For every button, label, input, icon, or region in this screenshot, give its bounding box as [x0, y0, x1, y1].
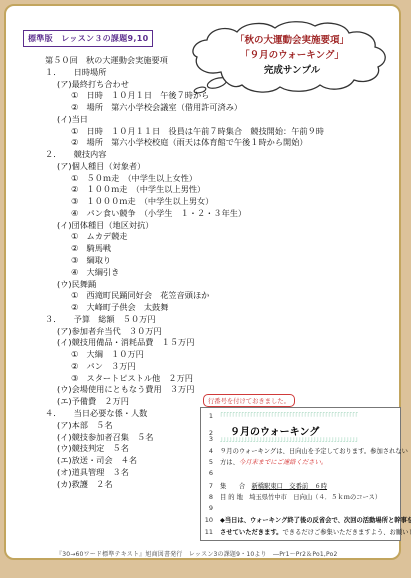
notice-line: 1｢｢｢｢｢｢｢｢｢｢｢｢｢｢｢｢｢｢｢｢｢｢｢｢｢｢｢｢｢｢｢｢｢｢｢｢｢｢｢… — [201, 411, 400, 423]
outline-line: ④ パン食い競争 （小学生 １・２・３年生） — [24, 208, 384, 220]
walking-notice-box: 1｢｢｢｢｢｢｢｢｢｢｢｢｢｢｢｢｢｢｢｢｢｢｢｢｢｢｢｢｢｢｢｢｢｢｢｢｢｢｢… — [200, 407, 401, 541]
outline-line: ２． 競技内容 — [24, 149, 384, 161]
outline-line: (ウ)民舞踊 — [24, 279, 384, 291]
outline-line: ③ 綱取り — [24, 255, 384, 267]
notice-line: 6 — [201, 469, 400, 481]
outline-line: ② １００ｍ走 （中学生以上男性） — [24, 184, 384, 196]
notice-line-text: ｢｢｢｢｢｢｢｢｢｢｢｢｢｢｢｢｢｢｢｢｢｢｢｢｢｢｢｢｢｢｢｢｢｢｢｢｢｢｢｢… — [220, 411, 358, 420]
notice-line-text: 集 合 新橋駅東口 交番前 ６時 — [220, 481, 327, 490]
outline-line: (イ)当日 — [24, 114, 384, 126]
notice-line: 2９月のウォーキング — [201, 423, 400, 435]
outline-line: ① ５０ｍ走 （中学生以上女性） — [24, 173, 384, 185]
outline-line: ④ 大綱引き — [24, 267, 384, 279]
line-number: 4 — [201, 447, 213, 455]
bubble-line-1: 「秋の大運動会実施要項」 — [196, 33, 388, 48]
notice-line-text: 方は、今月末までにご連絡ください。 — [220, 457, 327, 466]
notice-line-text: 目 的 地 埼玉県竹中市 日向山（４．５ｋｍのコース） — [220, 492, 381, 501]
line-number: 9 — [201, 504, 213, 512]
outline-line: ３． 予算 総額 ５０万円 — [24, 314, 384, 326]
outline-line: ② パン ３万円 — [24, 361, 384, 373]
outline-line: ② 場所 第六小学校校庭（雨天は体育館で午後１時から開始） — [24, 137, 384, 149]
notice-line-text: ｣｣｣｣｣｣｣｣｣｣｣｣｣｣｣｣｣｣｣｣｣｣｣｣｣｣｣｣｣｣｣｣｣｣｣｣｣｣｣｣… — [220, 434, 358, 443]
outline-line: (イ)競技用備品・消耗品費 １５万円 — [24, 337, 384, 349]
outline-line: ① 西滝町民踊同好会 花笠音頭ほか — [24, 290, 384, 302]
notice-line-text: ◆当日は、ウォーキング終了後の反省会で、次回の活動場所と幹事を決め — [220, 515, 411, 524]
notice-line: 9 — [201, 504, 400, 516]
line-number: 1 — [201, 412, 213, 420]
document-canvas: 標準版 レッスン３の課題9,10 「秋の大運動会実施要項」 「９月のウォーキング… — [0, 0, 411, 578]
outline-line: ② 場所 第六小学校会議室（借用許可済み） — [24, 102, 384, 114]
notice-line: 4９月のウォーキングは、日向山を予定しております。参加されない — [201, 446, 400, 458]
footer-citation: 『30→60ワード標準テキスト』旭商図書発行 レッスン3の課題9・10より ―P… — [56, 549, 337, 558]
outline-line: (イ)団体種目（地区対抗） — [24, 220, 384, 232]
outline-line: ① 日時 １０月１日 午後７時から — [24, 90, 384, 102]
notice-line: 8目 的 地 埼玉県竹中市 日向山（４．５ｋｍのコース） — [201, 492, 400, 504]
outline-line: (ア)最終打ち合わせ — [24, 79, 384, 91]
outline-line: ③ スタートピストル他 ２万円 — [24, 373, 384, 385]
notice-line: 11させていただきます。できるだけご参集いただきますよう、お願いします。 — [201, 527, 400, 539]
line-number-note: 行番号を付けておきました。 — [203, 394, 295, 407]
outline-line: ① 日時 １０月１１日 役員は午前７時集合 競技開始：午前９時 — [24, 126, 384, 138]
line-number: 5 — [201, 458, 213, 466]
notice-lines: 1｢｢｢｢｢｢｢｢｢｢｢｢｢｢｢｢｢｢｢｢｢｢｢｢｢｢｢｢｢｢｢｢｢｢｢｢｢｢｢… — [201, 411, 400, 539]
notice-line: 5方は、今月末までにご連絡ください。 — [201, 457, 400, 469]
outline-line: ③ １０００ｍ走 （中学生以上男女） — [24, 196, 384, 208]
lesson-title-badge: 標準版 レッスン３の課題9,10 — [23, 30, 153, 47]
notice-line-text: させていただきます。できるだけご参集いただきますよう、お願いします。 — [220, 527, 411, 536]
outline-line: (ア)個人種目（対象者） — [24, 161, 384, 173]
line-number: 8 — [201, 493, 213, 501]
line-number: 11 — [201, 528, 213, 536]
outline-line: ① 大綱 １０万円 — [24, 349, 384, 361]
line-number: 6 — [201, 469, 213, 477]
line-number: 7 — [201, 482, 213, 490]
outline-line: (ア)参加者弁当代 ３０万円 — [24, 326, 384, 338]
notice-line: 7集 合 新橋駅東口 交番前 ６時 — [201, 481, 400, 493]
outline-line: ① ムカデ競走 — [24, 231, 384, 243]
notice-line: 10◆当日は、ウォーキング終了後の反省会で、次回の活動場所と幹事を決め — [201, 515, 400, 527]
outline-line: ② 大峰町子供会 太鼓舞 — [24, 302, 384, 314]
outline-line: ② 騎馬戦 — [24, 243, 384, 255]
outline-line: 第５０回 秋の大運動会実施要項 — [24, 55, 384, 67]
notice-line: 3｣｣｣｣｣｣｣｣｣｣｣｣｣｣｣｣｣｣｣｣｣｣｣｣｣｣｣｣｣｣｣｣｣｣｣｣｣｣｣… — [201, 434, 400, 446]
notice-line-text: ９月のウォーキングは、日向山を予定しております。参加されない — [220, 446, 408, 455]
line-number: 3 — [201, 435, 213, 443]
outline-line: １． 日時場所 — [24, 67, 384, 79]
line-number: 10 — [201, 516, 213, 524]
